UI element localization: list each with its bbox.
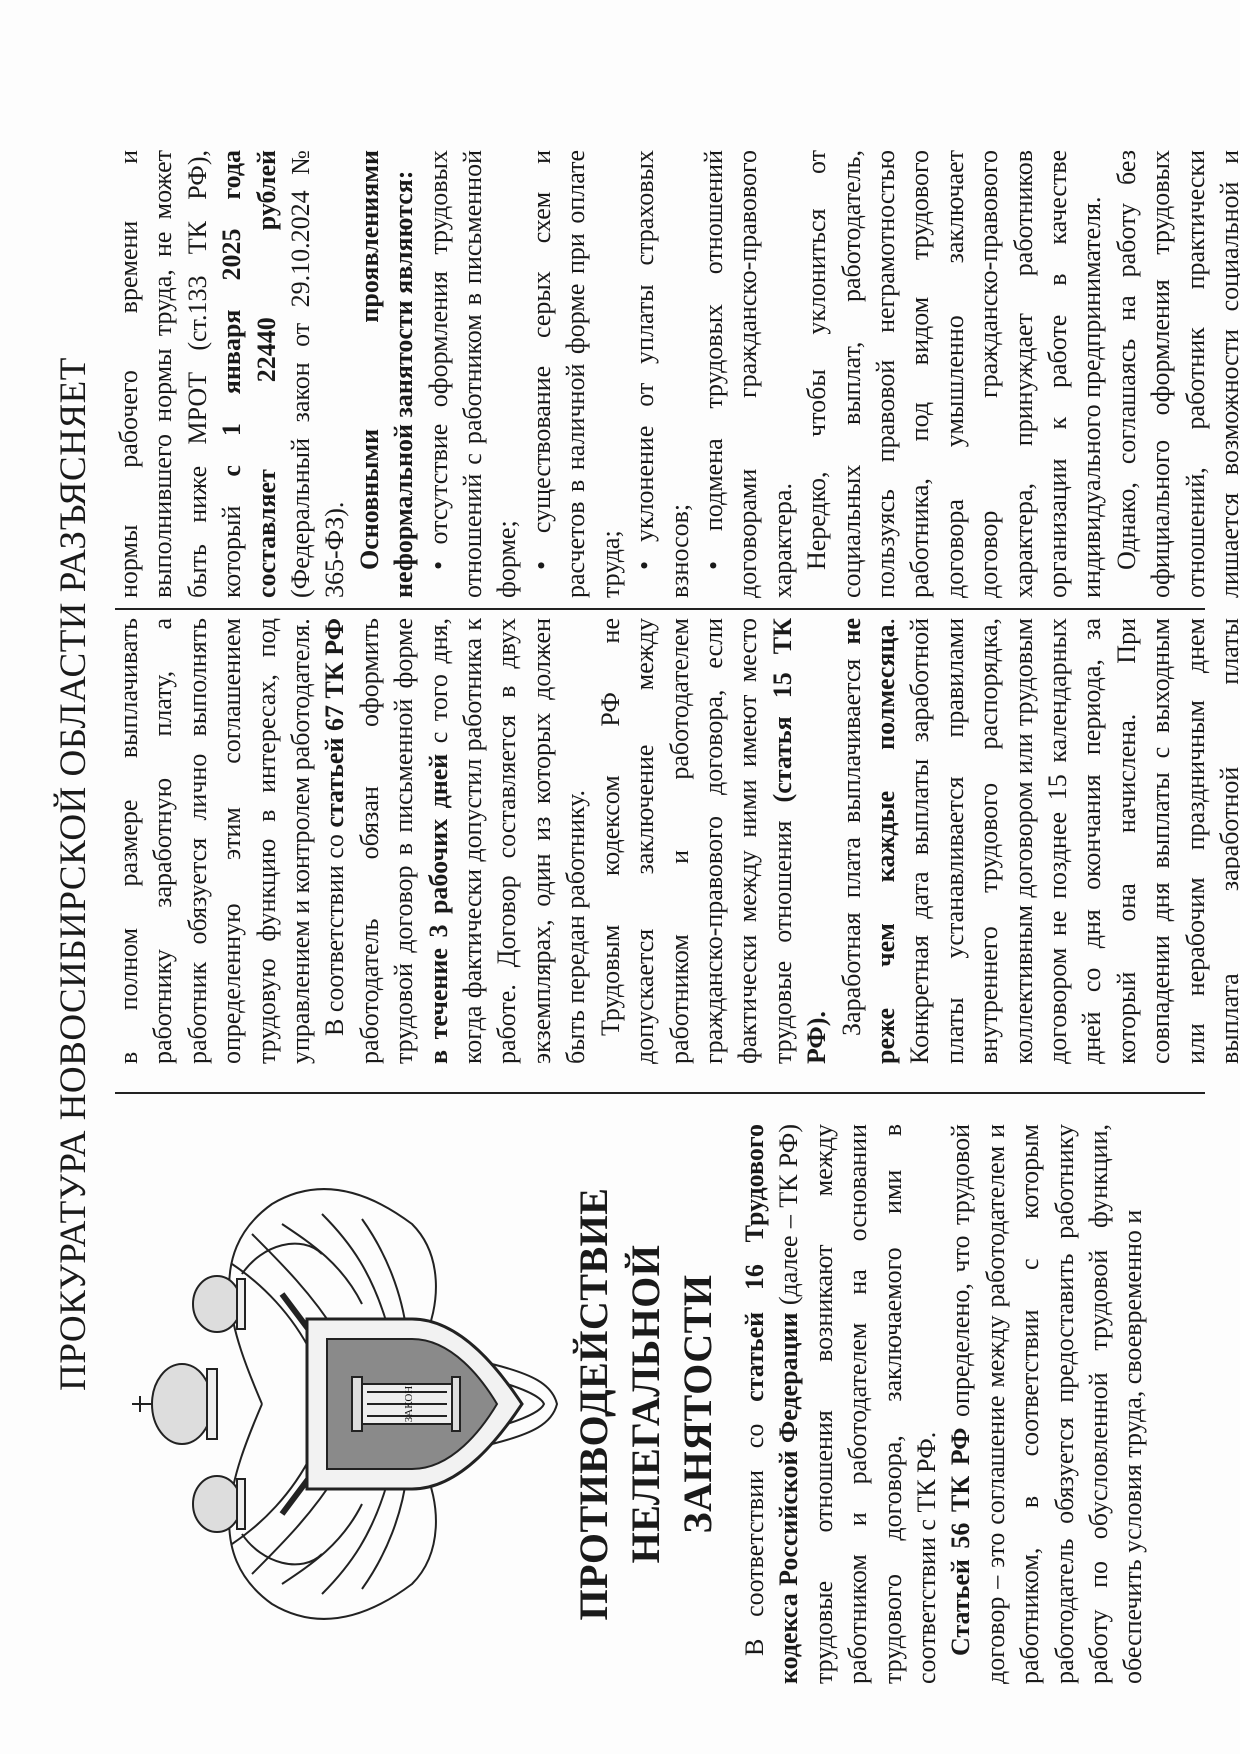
paragraph: Однако, соглашаясь на работу без официал… (1110, 150, 1240, 598)
document-page: ПРОКУРАТУРА НОВОСИБИРСКОЙ ОБЛАСТИ РАЗЪЯС… (0, 0, 1240, 1754)
paragraph: Заработная плата выплачивается не реже ч… (835, 618, 1240, 1064)
list-item: • уклонение от уплаты страховых взносов; (628, 150, 697, 598)
prosecutor-emblem-icon: ЗАКОН (112, 1134, 562, 1674)
list-item: • отсутствие оформления трудовых отношен… (422, 150, 525, 598)
column-1: ЗАКОН ПРОТИВОДЕЙСТВИЕ НЕЛЕГАЛЬНОЙ ЗАНЯТО… (112, 1124, 1192, 1684)
column-2: в полном размере выплачивать работнику з… (112, 618, 1192, 1064)
paragraph: нормы рабочего времени и выполнившего но… (112, 150, 353, 598)
section-heading: Основными проявлениями неформальной заня… (353, 150, 422, 598)
column-divider (115, 1092, 1205, 1094)
paragraph: В соответствии со статьей 67 ТК РФ работ… (318, 618, 593, 1064)
paragraph: Нередко, чтобы уклониться от социальных … (800, 150, 1110, 598)
paragraph: Статьей 56 ТК РФ определено, что трудово… (944, 1124, 1150, 1684)
article-title: ПРОТИВОДЕЙСТВИЕ НЕЛЕГАЛЬНОЙ ЗАНЯТОСТИ (568, 1124, 724, 1684)
paragraph: в полном размере выплачивать работнику з… (112, 618, 318, 1064)
column-divider (115, 608, 1205, 610)
column-3: нормы рабочего времени и выполнившего но… (112, 150, 1192, 598)
paragraph: В соответствии со статьей 16 Трудового к… (738, 1124, 944, 1684)
list-item: • подмена трудовых отношений договорами … (697, 150, 800, 598)
page-header: ПРОКУРАТУРА НОВОСИБИРСКОЙ ОБЛАСТИ РАЗЪЯС… (52, 54, 96, 1694)
paragraph: Трудовым кодексом РФ не допускается закл… (594, 618, 835, 1064)
list-item: • существование серых схем и расчетов в … (525, 150, 628, 598)
svg-text:ЗАКОН: ЗАКОН (403, 1386, 415, 1422)
